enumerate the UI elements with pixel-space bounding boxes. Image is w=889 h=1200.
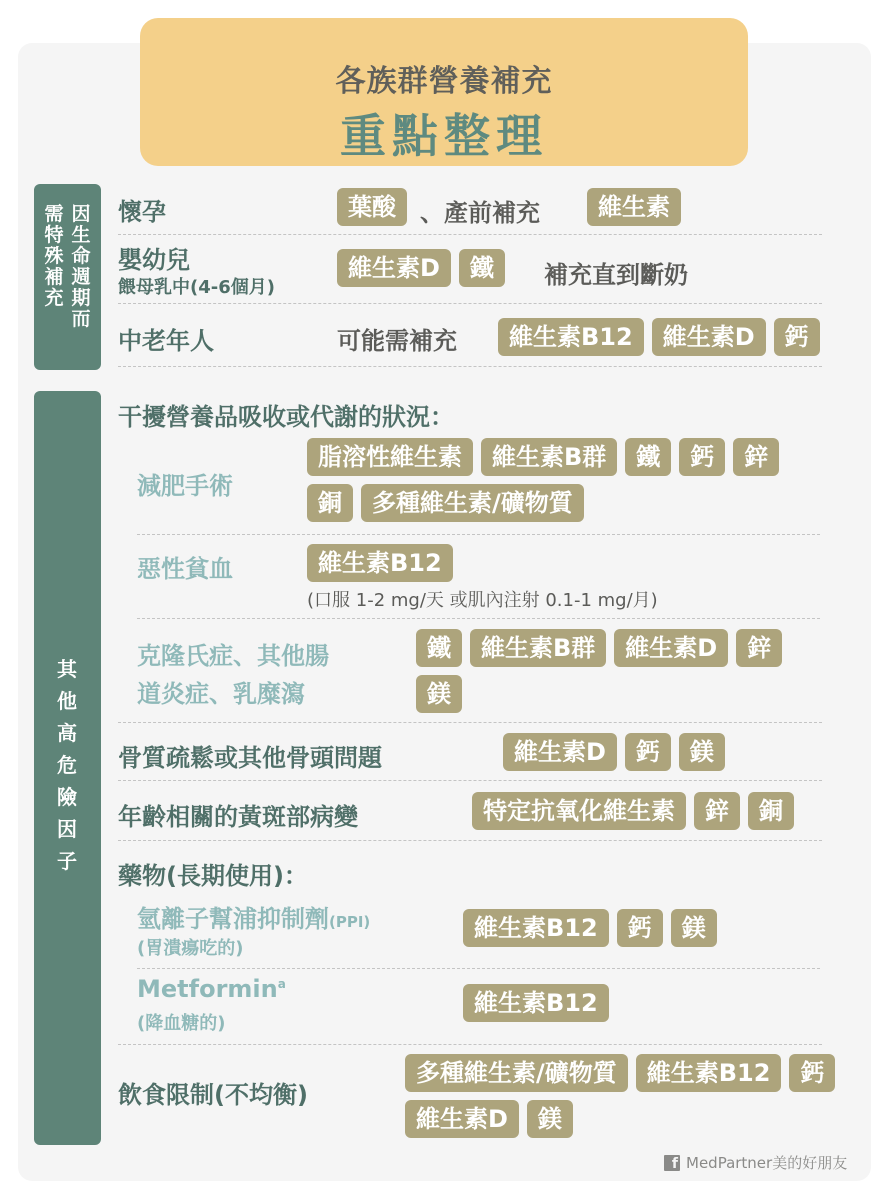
tag: 維生素D xyxy=(652,318,766,356)
title-line1: 各族群營養補充 xyxy=(140,56,748,100)
tag: 鐵 xyxy=(459,249,505,287)
footer-text: MedPartner美的好朋友 xyxy=(686,1152,847,1173)
tag: 多種維生素/礦物質 xyxy=(405,1054,628,1092)
divider xyxy=(118,780,822,781)
divider xyxy=(118,303,822,304)
tag: 鋅 xyxy=(694,792,740,830)
tag: 銅 xyxy=(307,484,353,522)
tag: 維生素B12 xyxy=(463,984,609,1022)
row-label-pregnancy: 懷孕 xyxy=(118,192,166,227)
tag: 鎂 xyxy=(679,733,725,771)
divider xyxy=(118,722,822,723)
row-label-macular: 年齡相關的黃斑部病變 xyxy=(118,797,358,832)
tag: 鋅 xyxy=(733,438,779,476)
tag: 維生素D xyxy=(614,629,728,667)
tags-elderly: 維生素B12 維生素D 鈣 xyxy=(498,318,820,356)
text-may-need: 可能需補充 xyxy=(337,321,457,356)
title-banner: 各族群營養補充 重點整理 xyxy=(140,18,748,166)
tags-diet: 多種維生素/礦物質 維生素B12 鈣 維生素D 鎂 xyxy=(405,1054,855,1138)
tags-macular: 特定抗氧化維生素 鋅 銅 xyxy=(472,792,794,830)
tag: 特定抗氧化維生素 xyxy=(472,792,686,830)
tags-pernicious-anemia: 維生素B12 xyxy=(307,544,453,582)
tag: 鋅 xyxy=(736,629,782,667)
tag: 維生素B12 xyxy=(498,318,644,356)
row-label-bone: 骨質疏鬆或其他骨頭問題 xyxy=(118,738,382,773)
sidebar-col1: 因生命週期而 xyxy=(70,204,92,330)
tags-bariatric: 脂溶性維生素 維生素B群 鐵 鈣 鋅 銅 多種維生素/礦物質 xyxy=(307,438,817,522)
tag: 葉酸 xyxy=(337,188,407,226)
tag: 鎂 xyxy=(527,1100,573,1138)
tag: 鈣 xyxy=(789,1054,835,1092)
sidebar-col2: 需特殊補充 xyxy=(43,204,65,309)
tags-ppi: 維生素B12 鈣 鎂 xyxy=(463,909,717,947)
row-label-ppi: 氫離子幫浦抑制劑(PPI) xyxy=(137,899,370,934)
tags-infant: 維生素D 鐵 xyxy=(337,249,505,287)
tags-pregnancy-2: 維生素 xyxy=(587,188,681,226)
row-label-pernicious-anemia: 惡性貧血 xyxy=(137,549,233,584)
tags-pregnancy-1: 葉酸 xyxy=(337,188,407,226)
row-label-elderly: 中老年人 xyxy=(118,321,214,356)
tag: 維生素B12 xyxy=(307,544,453,582)
tags-crohns: 鐵 維生素B群 維生素D 鋅 鎂 xyxy=(416,629,796,713)
tag: 鐵 xyxy=(416,629,462,667)
row-label-crohns-line1: 克隆氏症、其他腸 xyxy=(137,636,329,671)
divider xyxy=(118,1044,822,1045)
tag: 維生素B12 xyxy=(636,1054,782,1092)
text-until-weaning: 補充直到斷奶 xyxy=(544,255,688,290)
row-sublabel-ppi: (胃潰瘍吃的) xyxy=(137,934,243,960)
row-label-metformin: Metformina xyxy=(137,975,286,1003)
row-label-infant: 嬰幼兒 xyxy=(118,240,190,275)
divider xyxy=(137,618,820,619)
row-sublabel-metformin: (降血糖的) xyxy=(137,1009,225,1035)
tag: 多種維生素/礦物質 xyxy=(361,484,584,522)
tag: 鈣 xyxy=(774,318,820,356)
sidebar-high-risk: 其他高危險因子 xyxy=(34,391,101,1145)
tag: 維生素D xyxy=(503,733,617,771)
sidebar-text: 其他高危險因子 xyxy=(56,653,78,877)
tag: 鈣 xyxy=(679,438,725,476)
heading-absorption: 干擾營養品吸收或代謝的狀況： xyxy=(118,397,454,432)
tags-bone: 維生素D 鈣 鎂 xyxy=(503,733,725,771)
heading-drugs: 藥物(長期使用)： xyxy=(118,856,308,891)
tag: 鈣 xyxy=(617,909,663,947)
divider xyxy=(137,534,820,535)
divider xyxy=(137,968,820,969)
tag: 維生素B群 xyxy=(481,438,617,476)
title-line2: 重點整理 xyxy=(140,100,748,166)
divider xyxy=(118,234,822,235)
tag: 鈣 xyxy=(625,733,671,771)
footer-credit[interactable]: f MedPartner美的好朋友 xyxy=(664,1152,847,1173)
tag: 維生素 xyxy=(587,188,681,226)
tag: 鐵 xyxy=(625,438,671,476)
row-label-crohns-line2: 道炎症、乳糜瀉 xyxy=(137,674,305,709)
divider xyxy=(118,366,822,367)
dosage-note: (口服 1-2 mg/天 或肌內注射 0.1-1 mg/月) xyxy=(307,586,658,612)
tag: 維生素B12 xyxy=(463,909,609,947)
divider xyxy=(118,840,822,841)
tag: 銅 xyxy=(748,792,794,830)
row-label-diet: 飲食限制(不均衡) xyxy=(118,1075,308,1110)
tag: 維生素B群 xyxy=(470,629,606,667)
tag: 維生素D xyxy=(337,249,451,287)
facebook-icon: f xyxy=(664,1155,680,1171)
tag: 鎂 xyxy=(416,675,462,713)
tags-metformin: 維生素B12 xyxy=(463,984,609,1022)
tag: 維生素D xyxy=(405,1100,519,1138)
row-label-bariatric: 減肥手術 xyxy=(137,466,233,501)
sidebar-life-cycle: 因生命週期而 需特殊補充 xyxy=(34,184,101,370)
text-prenatal: 、產前補充 xyxy=(420,193,540,228)
tag: 脂溶性維生素 xyxy=(307,438,473,476)
row-sublabel-infant: 餵母乳中(4-6個月) xyxy=(118,273,275,299)
tag: 鎂 xyxy=(671,909,717,947)
